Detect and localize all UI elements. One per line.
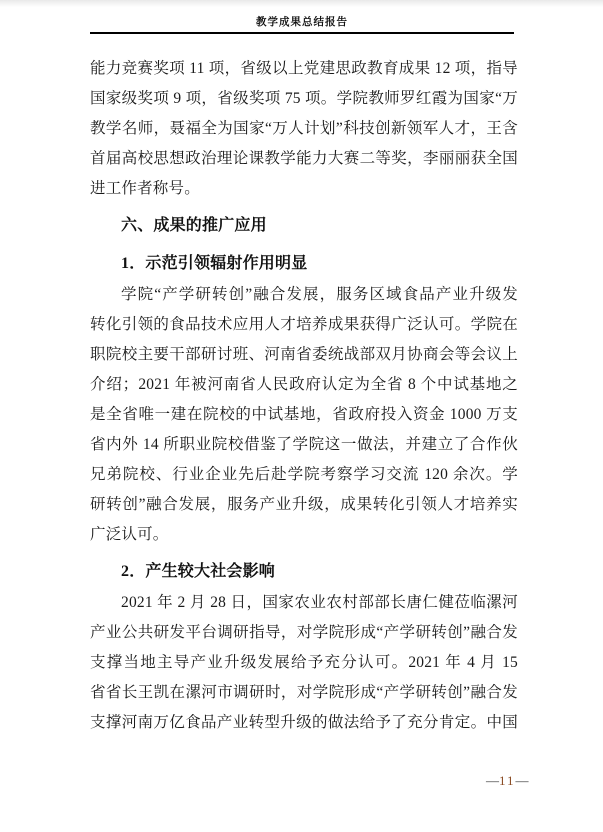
page-header-title: 教学成果总结报告 <box>90 17 514 29</box>
document-body: 能力竞赛奖项 11 项，省级以上党建思政教育成果 12 项，指导学生获国家级奖项… <box>90 54 518 738</box>
text-line: 是全省唯一建在院校的中试基地，省政府投入资金 1000 万支持建设； <box>90 400 518 430</box>
text-line: 职院校主要干部研讨班、河南省委统战部双月协商会等会议上做经验 <box>90 340 518 370</box>
text-line: 省内外 14 所职业院校借鉴了学院这一做法，并建立了合作伙伴关系； <box>90 430 518 460</box>
text-line: 能力竞赛奖项 11 项，省级以上党建思政教育成果 12 项，指导学生获 <box>90 54 518 84</box>
text-line: 广泛认可。 <box>90 520 518 550</box>
section-heading: 2．产生较大社会影响 <box>90 556 518 588</box>
text-line: 学院“产学研转创”融合发展，服务区域食品产业升级发展，成果 <box>90 280 518 310</box>
page-number-value: 11 <box>499 773 516 788</box>
page-number-dash-right: — <box>516 773 529 788</box>
text-line: 兄弟院校、行业企业先后赴学院考察学习交流 120 余次。学院“产学 <box>90 460 518 490</box>
section-heading: 六、成果的推广应用 <box>90 210 518 242</box>
text-line: 产业公共研发平台调研指导，对学院形成“产学研转创”融合发展模式 <box>90 618 518 648</box>
text-line: 进工作者称号。 <box>90 174 518 204</box>
section-heading: 1．示范引领辐射作用明显 <box>90 248 518 280</box>
text-line: 2021 年 2 月 28 日，国家农业农村部部长唐仁健莅临漯河市食品 <box>90 588 518 618</box>
text-line: 国家级奖项 9 项，省级奖项 75 项。学院教师罗红霞为国家“万人计划” <box>90 84 518 114</box>
text-line: 首届高校思想政治理论课教学能力大赛二等奖，李丽丽获全国农业先 <box>90 144 518 174</box>
text-line: 介绍；2021 年被河南省人民政府认定为全省 8 个中试基地之一，也 <box>90 370 518 400</box>
text-line: 转化引领的食品技术应用人才培养成果获得广泛认可。学院在全省高 <box>90 310 518 340</box>
page-top-edge-shadow <box>0 0 603 7</box>
text-line: 省省长王凯在漯河市调研时，对学院形成“产学研转创”融合发展模式 <box>90 678 518 708</box>
text-line: 研转创”融合发展，服务产业升级，成果转化引领人才培养实践获得 <box>90 490 518 520</box>
page-number-dash-left: — <box>486 773 499 788</box>
text-line: 支撑河南万亿食品产业转型升级的做法给予了充分肯定。中国工程院 <box>90 708 518 738</box>
page-header: 教学成果总结报告 <box>90 17 514 34</box>
page-number: —11— <box>486 772 529 790</box>
text-line: 支撑当地主导产业升级发展给予充分认可。2021 年 4 月 15 日，河南 <box>90 648 518 678</box>
text-line: 教学名师，聂福全为国家“万人计划”科技创新领军人才，王含获全国 <box>90 114 518 144</box>
document-page: 教学成果总结报告 能力竞赛奖项 11 项，省级以上党建思政教育成果 12 项，指… <box>0 0 603 832</box>
